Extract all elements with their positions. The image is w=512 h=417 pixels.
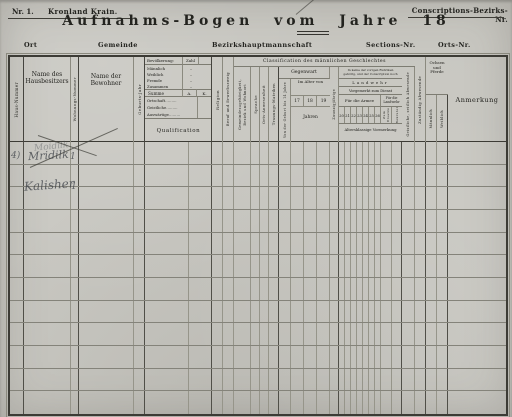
table-cell[interactable] [426,210,437,232]
table-cell[interactable] [71,233,79,255]
table-cell[interactable] [260,210,269,232]
table-cell[interactable] [304,346,317,368]
table-cell[interactable] [279,255,291,277]
table-cell[interactable] [145,278,189,300]
table-cell[interactable] [415,323,426,345]
table-cell[interactable] [317,187,330,209]
table-cell[interactable] [71,301,79,323]
table-cell[interactable] [134,278,145,300]
table-cell[interactable] [145,210,189,232]
table-cell[interactable] [426,165,437,187]
table-cell[interactable] [304,165,317,187]
table-cell[interactable] [10,210,24,232]
table-cell[interactable] [291,187,304,209]
table-cell[interactable] [415,278,426,300]
table-cell[interactable] [381,391,392,414]
table-cell[interactable] [402,301,415,323]
table-body [10,142,506,414]
table-cell[interactable] [251,210,260,232]
table-cell[interactable] [71,391,79,414]
table-cell[interactable] [330,165,339,187]
table-cell[interactable] [330,369,339,391]
table-cell[interactable] [145,142,189,164]
table-cell[interactable] [145,255,189,277]
table-cell[interactable] [71,346,79,368]
table-cell[interactable] [317,301,330,323]
table-cell[interactable] [392,278,402,300]
table-cell[interactable] [251,165,260,187]
table-cell[interactable] [212,346,223,368]
table-cell[interactable] [381,278,392,300]
table-cell[interactable] [415,165,426,187]
table-cell[interactable] [234,233,251,255]
table-cell[interactable] [448,187,506,209]
table-cell[interactable] [212,391,223,414]
table-cell[interactable] [269,255,279,277]
table-cell[interactable] [251,391,260,414]
table-cell[interactable] [392,255,402,277]
table-cell[interactable] [426,323,437,345]
table-cell[interactable] [304,255,317,277]
table-cell[interactable] [317,323,330,345]
table-cell[interactable] [392,346,402,368]
table-cell[interactable] [291,142,304,164]
table-cell[interactable] [260,391,269,414]
table-cell[interactable] [269,142,279,164]
table-cell[interactable] [10,301,24,323]
table-cell[interactable] [189,391,212,414]
table-cell[interactable] [415,142,426,164]
table-cell[interactable] [304,301,317,323]
table-cell[interactable] [437,369,448,391]
table-cell[interactable] [279,278,291,300]
table-cell[interactable] [251,278,260,300]
table-cell[interactable] [134,210,145,232]
table-cell[interactable] [145,391,189,414]
table-cell[interactable] [251,255,260,277]
summary-dotted-values[interactable] [197,97,212,118]
table-cell[interactable] [415,301,426,323]
table-cell[interactable] [279,210,291,232]
table-cell[interactable] [317,210,330,232]
table-cell[interactable] [448,233,506,255]
table-cell[interactable] [223,278,234,300]
col-name-bewohner: Name der Bewohner [79,57,134,142]
table-cell[interactable] [134,369,145,391]
table-cell[interactable] [269,278,279,300]
table-cell[interactable] [79,165,134,187]
table-cell[interactable] [437,142,448,164]
table-cell[interactable] [317,346,330,368]
table-cell[interactable] [402,187,415,209]
table-cell[interactable] [279,369,291,391]
table-cell[interactable] [10,391,24,414]
table-cell[interactable] [24,255,71,277]
table-cell[interactable] [437,278,448,300]
table-cell[interactable] [279,165,291,187]
table-cell[interactable] [448,391,506,414]
table-cell[interactable] [392,369,402,391]
table-cell[interactable] [189,255,212,277]
table-cell[interactable] [415,369,426,391]
table-cell[interactable] [24,391,71,414]
table-cell[interactable] [330,255,339,277]
table-cell[interactable] [234,278,251,300]
table-cell[interactable] [223,255,234,277]
table-cell[interactable] [304,369,317,391]
table-cell[interactable] [189,210,212,232]
table-cell[interactable] [291,278,304,300]
table-cell[interactable] [330,278,339,300]
table-cell[interactable] [381,233,392,255]
table-cell[interactable] [392,187,402,209]
summary-col-blank[interactable] [199,57,212,65]
table-cell[interactable] [426,369,437,391]
table-cell[interactable] [269,187,279,209]
table-cell[interactable] [223,301,234,323]
table-cell[interactable] [437,165,448,187]
table-cell[interactable] [317,391,330,414]
table-cell[interactable] [448,323,506,345]
table-cell[interactable] [260,346,269,368]
table-cell[interactable] [448,142,506,164]
table-cell[interactable] [330,210,339,232]
table-cell[interactable] [189,165,212,187]
table-cell[interactable] [212,165,223,187]
table-cell[interactable] [212,233,223,255]
table-cell[interactable] [392,165,402,187]
table-cell[interactable] [234,301,251,323]
table-cell[interactable] [260,233,269,255]
table-cell[interactable] [234,369,251,391]
table-cell[interactable] [317,255,330,277]
table-cell[interactable] [145,233,189,255]
table-cell[interactable] [448,278,506,300]
table-cell[interactable] [381,187,392,209]
table-cell[interactable] [402,210,415,232]
table-cell[interactable] [317,233,330,255]
table-cell[interactable] [212,323,223,345]
table-cell[interactable] [269,369,279,391]
table-cell[interactable] [415,187,426,209]
table-cell[interactable] [330,187,339,209]
table-cell[interactable] [402,278,415,300]
table-cell[interactable] [269,210,279,232]
table-cell[interactable] [251,233,260,255]
table-cell[interactable] [426,233,437,255]
table-cell[interactable] [448,369,506,391]
table-cell[interactable] [134,301,145,323]
table-cell[interactable] [260,323,269,345]
table-cell[interactable] [24,301,71,323]
table-cell[interactable] [291,391,304,414]
table-cell[interactable] [381,323,392,345]
table-cell[interactable] [223,346,234,368]
table-cell[interactable] [223,369,234,391]
table-cell[interactable] [304,142,317,164]
table-cell[interactable] [223,165,234,187]
table-row [10,323,506,346]
table-cell[interactable] [437,301,448,323]
table-cell[interactable] [79,210,134,232]
table-cell[interactable] [71,323,79,345]
table-cell[interactable] [189,233,212,255]
table-cell[interactable] [402,233,415,255]
table-cell[interactable] [291,346,304,368]
table-cell[interactable] [402,142,415,164]
table-cell[interactable] [279,301,291,323]
table-cell[interactable] [251,187,260,209]
table-cell[interactable] [279,391,291,414]
table-cell[interactable] [402,255,415,277]
table-cell[interactable] [402,323,415,345]
table-cell[interactable] [134,391,145,414]
table-cell[interactable] [10,165,24,187]
table-cell[interactable] [437,233,448,255]
table-cell[interactable] [10,278,24,300]
table-cell[interactable] [260,142,269,164]
table-cell[interactable] [392,142,402,164]
table-cell[interactable] [392,301,402,323]
table-cell[interactable] [24,346,71,368]
table-cell[interactable] [304,278,317,300]
table-cell[interactable] [212,142,223,164]
table-cell[interactable] [234,323,251,345]
table-cell[interactable] [291,210,304,232]
table-cell[interactable] [269,301,279,323]
alter-17: 17 [291,95,304,107]
table-cell[interactable] [79,187,134,209]
table-cell[interactable] [234,142,251,164]
table-cell[interactable] [415,346,426,368]
table-cell[interactable] [24,278,71,300]
table-cell[interactable] [437,187,448,209]
table-cell[interactable] [189,278,212,300]
table-cell[interactable] [71,369,79,391]
table-cell[interactable] [79,391,134,414]
table-cell[interactable] [189,346,212,368]
table-cell[interactable] [79,323,134,345]
table-cell[interactable] [381,369,392,391]
table-cell[interactable] [134,233,145,255]
table-cell[interactable] [437,255,448,277]
table-cell[interactable] [304,391,317,414]
table-cell[interactable] [437,391,448,414]
table-cell[interactable] [392,210,402,232]
table-cell[interactable] [260,187,269,209]
table-cell[interactable] [134,255,145,277]
table-cell[interactable] [330,142,339,164]
table-cell[interactable] [212,187,223,209]
table-cell[interactable] [381,301,392,323]
table-cell[interactable] [317,369,330,391]
table-cell[interactable] [402,346,415,368]
table-cell[interactable] [234,187,251,209]
table-cell[interactable] [71,210,79,232]
table-cell[interactable] [79,255,134,277]
table-cell[interactable] [279,187,291,209]
table-cell[interactable] [330,346,339,368]
table-cell[interactable] [223,323,234,345]
table-cell[interactable] [223,142,234,164]
table-cell[interactable] [317,165,330,187]
table-cell[interactable] [415,391,426,414]
table-cell[interactable] [79,233,134,255]
bezirkshauptmannschaft-label: Bezirkshauptmannschaft [212,41,312,49]
table-cell[interactable] [402,391,415,414]
table-cell[interactable] [10,255,24,277]
table-cell[interactable] [260,165,269,187]
table-cell[interactable] [330,391,339,414]
table-cell[interactable] [260,301,269,323]
table-cell[interactable] [251,142,260,164]
table-cell[interactable] [279,142,291,164]
table-cell[interactable] [437,210,448,232]
table-cell[interactable] [145,369,189,391]
table-cell[interactable] [10,233,24,255]
table-cell[interactable] [381,346,392,368]
table-cell[interactable] [291,165,304,187]
table-cell[interactable] [234,346,251,368]
table-cell[interactable] [426,278,437,300]
table-cell[interactable] [304,187,317,209]
table-cell[interactable] [269,323,279,345]
table-cell[interactable] [260,369,269,391]
table-cell[interactable] [448,255,506,277]
table-cell[interactable] [392,391,402,414]
table-cell[interactable] [448,210,506,232]
table-cell[interactable] [71,255,79,277]
table-cell[interactable] [448,165,506,187]
table-cell[interactable] [415,233,426,255]
table-cell[interactable] [212,369,223,391]
summary-col-a: A. [182,89,197,97]
table-cell[interactable] [251,369,260,391]
table-cell[interactable] [223,233,234,255]
table-cell[interactable] [426,346,437,368]
table-cell[interactable] [426,301,437,323]
table-cell[interactable] [251,346,260,368]
table-cell[interactable] [24,233,71,255]
table-cell[interactable] [145,301,189,323]
table-cell[interactable] [24,323,71,345]
table-cell[interactable] [291,255,304,277]
table-cell[interactable] [402,369,415,391]
table-cell[interactable] [269,165,279,187]
table-cell[interactable] [145,346,189,368]
table-cell[interactable] [79,278,134,300]
table-cell[interactable] [223,391,234,414]
table-cell[interactable] [381,142,392,164]
table-cell[interactable] [189,301,212,323]
table-cell[interactable] [10,369,24,391]
table-cell[interactable] [291,301,304,323]
table-cell[interactable] [24,369,71,391]
table-cell[interactable] [189,142,212,164]
table-cell[interactable] [279,233,291,255]
table-cell[interactable] [437,323,448,345]
table-cell[interactable] [234,391,251,414]
table-cell[interactable] [402,165,415,187]
table-cell[interactable] [134,142,145,164]
table-cell[interactable] [189,369,212,391]
table-cell[interactable] [134,187,145,209]
table-cell[interactable] [269,346,279,368]
table-cell[interactable] [448,346,506,368]
table-cell[interactable] [145,187,189,209]
table-cell[interactable] [134,323,145,345]
table-cell[interactable] [304,323,317,345]
table-cell[interactable] [330,323,339,345]
table-cell[interactable] [212,255,223,277]
table-cell[interactable] [234,165,251,187]
table-cell[interactable] [223,187,234,209]
table-cell[interactable] [317,278,330,300]
table-cell[interactable] [134,346,145,368]
table-cell[interactable] [291,323,304,345]
table-cell[interactable] [134,165,145,187]
table-cell[interactable] [381,210,392,232]
table-cell[interactable] [426,255,437,277]
table-cell[interactable] [392,323,402,345]
table-cell[interactable] [415,255,426,277]
table-cell[interactable] [415,210,426,232]
table-cell[interactable] [10,187,24,209]
table-cell[interactable] [291,233,304,255]
table-cell[interactable] [426,142,437,164]
table-cell[interactable] [79,369,134,391]
table-cell[interactable] [437,346,448,368]
table-cell[interactable] [269,391,279,414]
table-cell[interactable] [189,323,212,345]
table-cell[interactable] [330,301,339,323]
table-cell[interactable] [212,210,223,232]
table-cell[interactable] [426,391,437,414]
table-cell[interactable] [317,142,330,164]
table-cell[interactable] [260,255,269,277]
table-cell[interactable] [24,210,71,232]
table-cell[interactable] [269,233,279,255]
table-cell[interactable] [79,346,134,368]
table-cell[interactable] [279,323,291,345]
table-cell[interactable] [223,210,234,232]
table-cell[interactable] [291,369,304,391]
table-cell[interactable] [381,255,392,277]
table-cell[interactable] [10,346,24,368]
table-cell[interactable] [79,301,134,323]
table-cell[interactable] [279,346,291,368]
table-cell[interactable] [304,233,317,255]
table-cell[interactable] [145,323,189,345]
table-cell[interactable] [189,187,212,209]
table-cell[interactable] [234,210,251,232]
table-cell[interactable] [212,278,223,300]
table-cell[interactable] [251,323,260,345]
table-cell[interactable] [392,233,402,255]
table-cell[interactable] [304,210,317,232]
table-cell[interactable] [381,165,392,187]
table-cell[interactable] [448,301,506,323]
table-cell[interactable] [234,255,251,277]
table-cell[interactable] [71,278,79,300]
table-cell[interactable] [10,323,24,345]
table-cell[interactable] [330,233,339,255]
table-cell[interactable] [251,301,260,323]
table-cell[interactable] [260,278,269,300]
table-cell[interactable] [426,187,437,209]
table-cell[interactable] [145,165,189,187]
table-cell[interactable] [212,301,223,323]
